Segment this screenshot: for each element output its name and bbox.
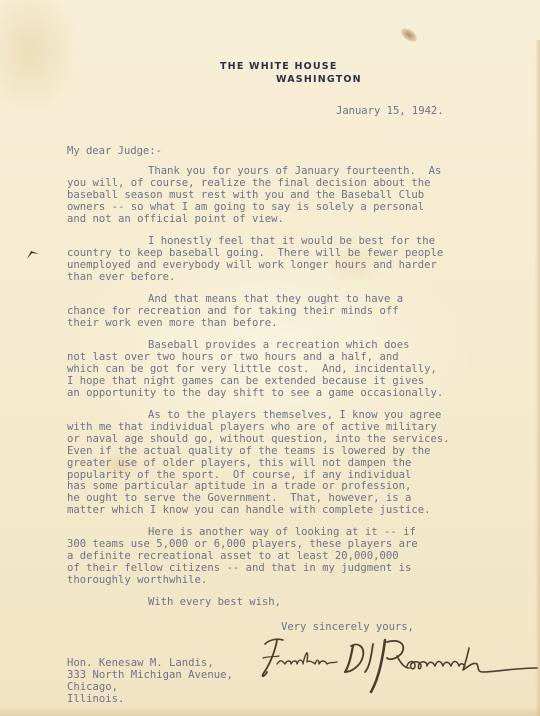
recipient-address: Hon. Kenesaw M. Landis,333 North Michiga… bbox=[67, 658, 233, 706]
address-line: Chicago, bbox=[67, 682, 233, 694]
paragraph-line: Even if the actual quality of the teams … bbox=[67, 446, 450, 458]
paragraph-line: and not an official point of view. bbox=[67, 214, 441, 226]
paragraph: As to the players themselves, I know you… bbox=[67, 410, 450, 517]
letterhead-city: WASHINGTON bbox=[276, 74, 362, 85]
paragraph: I honestly feel that it would be best fo… bbox=[67, 236, 443, 284]
signature: Franklin D. Roosevelt bbox=[255, 632, 540, 702]
paragraph-line: their work even more than before. bbox=[67, 318, 403, 330]
paragraph-line: than ever before. bbox=[67, 272, 443, 284]
paragraph: Here is another way of looking at it -- … bbox=[67, 527, 418, 587]
paragraph-line: matter which I know you can handle with … bbox=[67, 505, 450, 517]
paragraph: Thank you for yours of January fourteent… bbox=[67, 166, 441, 226]
paragraph-line: or naval age should go, without question… bbox=[67, 434, 450, 446]
signature-scrawl bbox=[255, 632, 540, 702]
paragraph-line: owners -- so what I am going to say is s… bbox=[67, 202, 441, 214]
letterhead-title: THE WHITE HOUSE bbox=[220, 61, 338, 72]
paragraph-line: baseball season must rest with you and t… bbox=[67, 190, 441, 202]
paragraph-line: greater use of older players, this will … bbox=[67, 458, 450, 470]
paragraph-line: which can be got for very little cost. A… bbox=[67, 364, 443, 376]
address-line: Illinois. bbox=[67, 694, 233, 706]
paragraph: Baseball provides a recreation which doe… bbox=[67, 340, 443, 400]
margin-pencil-mark bbox=[26, 248, 40, 260]
paragraph-line: thoroughly worthwhile. bbox=[67, 575, 418, 587]
paper-edge-shadow bbox=[535, 40, 540, 716]
salutation: My dear Judge:- bbox=[67, 146, 162, 158]
paragraph: And that means that they ought to have a… bbox=[67, 294, 403, 330]
paragraph-line: of their fellow citizens -- and that in … bbox=[67, 563, 418, 575]
paragraph-line: unemployed and everybody will work longe… bbox=[67, 260, 443, 272]
letter-date: January 15, 1942. bbox=[336, 106, 444, 118]
paper-bottom-edge bbox=[0, 706, 540, 716]
paragraph-line: an opportunity to the day shift to see a… bbox=[67, 388, 443, 400]
signature-text: Franklin D. Roosevelt bbox=[255, 632, 266, 633]
paragraph-line: I hope that night games can be extended … bbox=[67, 376, 443, 388]
closing-line: With every best wish, bbox=[148, 597, 281, 609]
paragraph-line: a definite recreational asset to at leas… bbox=[67, 551, 418, 563]
